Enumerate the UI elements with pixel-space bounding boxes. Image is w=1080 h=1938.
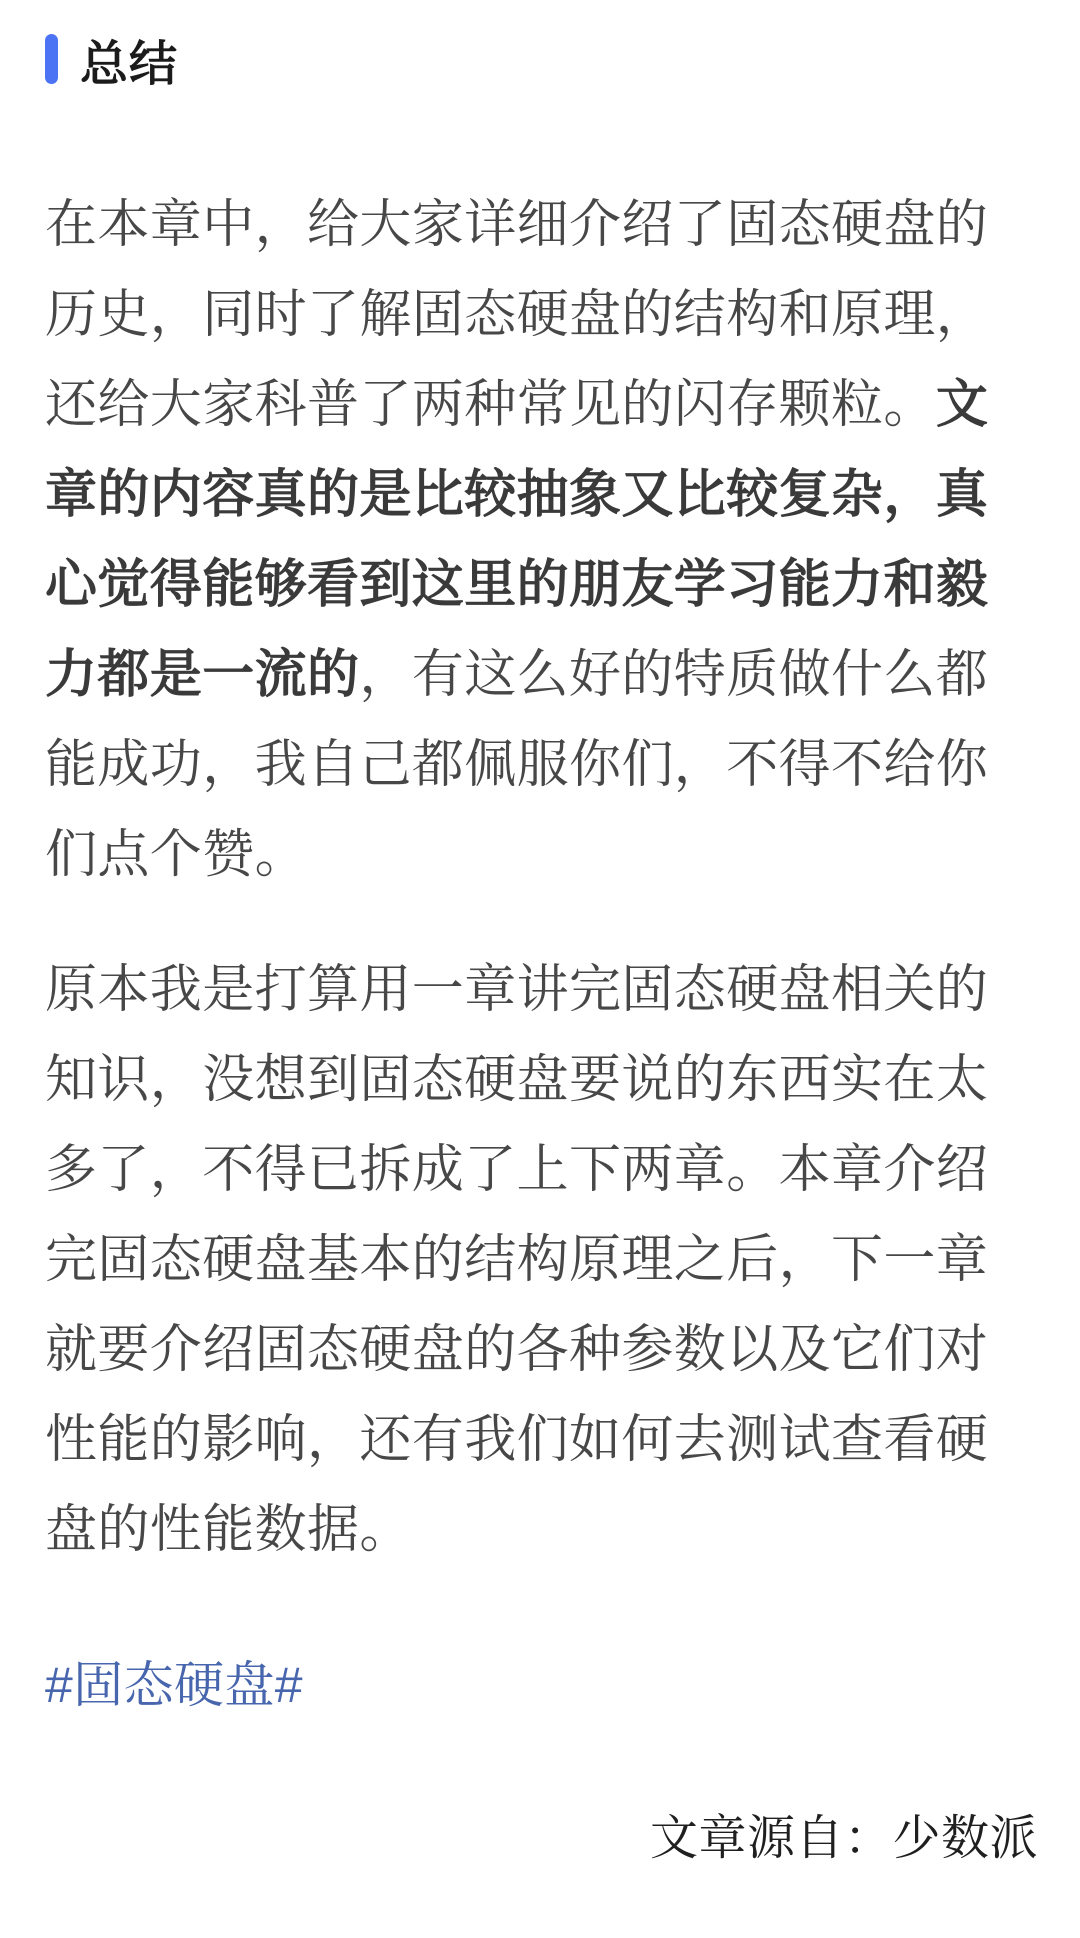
section-header: 总结	[45, 32, 1038, 86]
text-segment: 盘的性能数据。	[45, 1501, 412, 1559]
text-line: 性能的影响，还有我们如何去测试查看硬	[45, 1395, 1038, 1485]
text-line: 还给大家科普了两种常见的闪存颗粒。文	[45, 360, 1038, 450]
text-line: 知识，没想到固态硬盘要说的东西实在太	[45, 1035, 1038, 1125]
text-segment: 就要介绍固态硬盘的各种参数以及它们对	[45, 1321, 988, 1379]
bold-text-segment: 力都是一流的	[45, 646, 359, 704]
text-segment: 知识，没想到固态硬盘要说的东西实在太	[45, 1051, 988, 1109]
text-line: 力都是一流的，有这么好的特质做什么都	[45, 630, 1038, 720]
text-line: 盘的性能数据。	[45, 1485, 1038, 1575]
text-segment: 多了，不得已拆成了上下两章。本章介绍	[45, 1141, 988, 1199]
text-line: 心觉得能够看到这里的朋友学习能力和毅	[45, 540, 1038, 630]
text-segment: 还给大家科普了两种常见的闪存颗粒。	[45, 376, 936, 434]
article-body: 在本章中，给大家详细介绍了固态硬盘的历史，同时了解固态硬盘的结构和原理，还给大家…	[45, 180, 1038, 1575]
paragraph: 在本章中，给大家详细介绍了固态硬盘的历史，同时了解固态硬盘的结构和原理，还给大家…	[45, 180, 1038, 900]
text-line: 原本我是打算用一章讲完固态硬盘相关的	[45, 945, 1038, 1035]
text-line: 完固态硬盘基本的结构原理之后，下一章	[45, 1215, 1038, 1305]
text-line: 在本章中，给大家详细介绍了固态硬盘的	[45, 180, 1038, 270]
text-segment: 原本我是打算用一章讲完固态硬盘相关的	[45, 961, 988, 1019]
bold-text-segment: 章的内容真的是比较抽象又比较复杂，真	[45, 466, 988, 524]
text-line: 就要介绍固态硬盘的各种参数以及它们对	[45, 1305, 1038, 1395]
accent-bar	[45, 34, 58, 84]
text-segment: 在本章中，给大家详细介绍了固态硬盘的	[45, 196, 988, 254]
text-segment: 完固态硬盘基本的结构原理之后，下一章	[45, 1231, 988, 1289]
text-line: 们点个赞。	[45, 810, 1038, 900]
text-segment: 能成功，我自己都佩服你们，不得不给你	[45, 736, 988, 794]
text-line: 历史，同时了解固态硬盘的结构和原理，	[45, 270, 1038, 360]
text-segment: 们点个赞。	[45, 826, 307, 884]
section-title: 总结	[80, 25, 178, 94]
topic-hashtag-link[interactable]: #固态硬盘#	[45, 1640, 303, 1730]
paragraph: 原本我是打算用一章讲完固态硬盘相关的知识，没想到固态硬盘要说的东西实在太多了，不…	[45, 945, 1038, 1575]
text-segment: ，有这么好的特质做什么都	[359, 646, 988, 704]
source-attribution: 文章源自：少数派	[45, 1794, 1038, 1884]
text-line: 章的内容真的是比较抽象又比较复杂，真	[45, 450, 1038, 540]
bold-text-segment: 心觉得能够看到这里的朋友学习能力和毅	[45, 556, 988, 614]
bold-text-segment: 文	[936, 376, 988, 434]
article-page: 总结 在本章中，给大家详细介绍了固态硬盘的历史，同时了解固态硬盘的结构和原理，还…	[0, 0, 1080, 1938]
text-segment: 性能的影响，还有我们如何去测试查看硬	[45, 1411, 988, 1469]
text-line: 多了，不得已拆成了上下两章。本章介绍	[45, 1125, 1038, 1215]
text-line: 能成功，我自己都佩服你们，不得不给你	[45, 720, 1038, 810]
text-segment: 历史，同时了解固态硬盘的结构和原理，	[45, 286, 988, 344]
